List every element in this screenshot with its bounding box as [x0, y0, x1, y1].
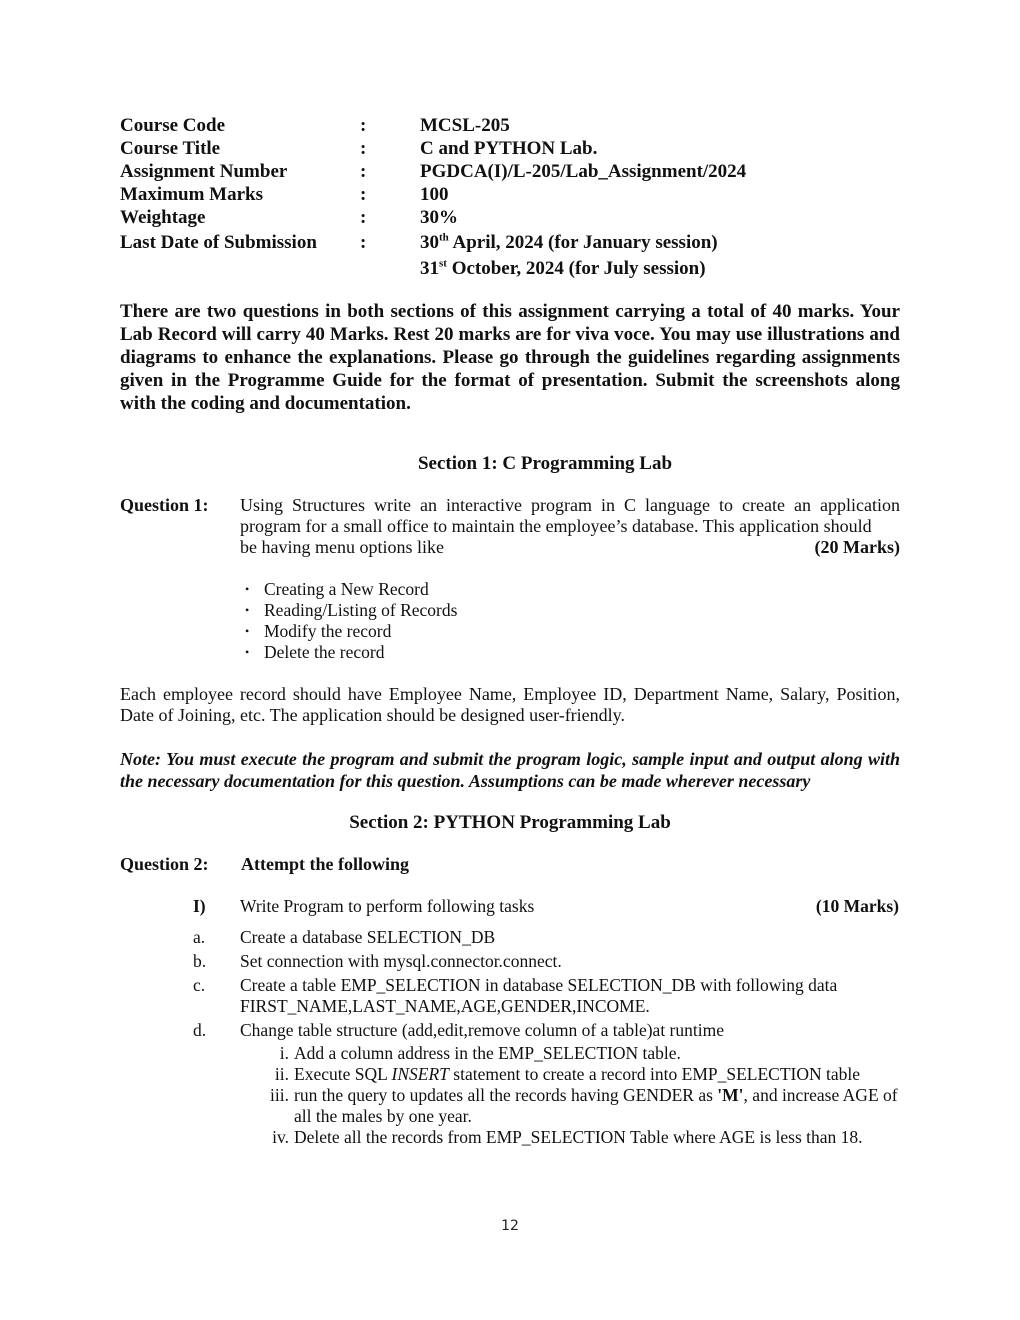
list-item: • Delete the record	[245, 642, 457, 663]
course-title-value: C and PYTHON Lab.	[420, 137, 597, 160]
substeps-list: i. Add a column address in the EMP_SELEC…	[250, 1043, 900, 1148]
step-letter: a.	[193, 927, 240, 948]
list-item: iii. run the query to updates all the re…	[250, 1085, 900, 1127]
question-1-marks: (20 Marks)	[815, 537, 900, 558]
question-2-label: Question 2:	[120, 854, 209, 875]
separator: :	[360, 229, 366, 257]
list-item: ii. Execute SQL INSERT statement to crea…	[250, 1064, 900, 1085]
assignment-number-label: Assignment Number	[120, 160, 287, 183]
bullet-icon: •	[245, 600, 264, 621]
course-code-label: Course Code	[120, 114, 225, 137]
step-letter: c.	[193, 975, 240, 1017]
list-item-text: Creating a New Record	[264, 579, 429, 600]
maximum-marks-value: 100	[420, 183, 449, 206]
instructions-paragraph: There are two questions in both sections…	[120, 300, 900, 415]
question-1-last-text: be having menu options like	[240, 537, 444, 558]
bullet-icon: •	[245, 579, 264, 600]
substep-text: Add a column address in the EMP_SELECTIO…	[292, 1043, 900, 1064]
maximum-marks-label: Maximum Marks	[120, 183, 263, 206]
employee-record-paragraph: Each employee record should have Employe…	[120, 684, 900, 726]
page-number: 12	[0, 1218, 1020, 1234]
list-item-text: Modify the record	[264, 621, 391, 642]
note-paragraph: Note: You must execute the program and s…	[120, 748, 900, 792]
separator: :	[360, 114, 366, 137]
last-date-july: 31st October, 2024 (for July session)	[420, 255, 706, 283]
course-code-value: MCSL-205	[420, 114, 510, 137]
task-text: Write Program to perform following tasks	[240, 896, 534, 917]
substep-number: ii.	[250, 1064, 292, 1085]
document-page: Course Code : MCSL-205 Course Title : C …	[0, 0, 1020, 1320]
list-item: • Creating a New Record	[245, 579, 457, 600]
separator: :	[360, 206, 366, 229]
question-1-label: Question 1:	[120, 495, 209, 516]
step-text: Set connection with mysql.connector.conn…	[240, 951, 893, 972]
list-item-text: Reading/Listing of Records	[264, 600, 457, 621]
list-item: d. Change table structure (add,edit,remo…	[193, 1020, 893, 1041]
question-1-text: Using Structures write an interactive pr…	[240, 495, 900, 558]
bullet-icon: •	[245, 621, 264, 642]
substep-text: Execute SQL INSERT statement to create a…	[292, 1064, 900, 1085]
step-letter: d.	[193, 1020, 240, 1041]
assignment-number-value: PGDCA(I)/L-205/Lab_Assignment/2024	[420, 160, 746, 183]
substep-text: run the query to updates all the records…	[292, 1085, 900, 1127]
list-item: • Reading/Listing of Records	[245, 600, 457, 621]
weightage-label: Weightage	[120, 206, 206, 229]
list-item: i. Add a column address in the EMP_SELEC…	[250, 1043, 900, 1064]
step-letter: b.	[193, 951, 240, 972]
section-2-title: Section 2: PYTHON Programming Lab	[0, 812, 1020, 834]
menu-options-list: • Creating a New Record • Reading/Listin…	[245, 579, 457, 663]
separator: :	[360, 183, 366, 206]
list-item: iv. Delete all the records from EMP_SELE…	[250, 1127, 900, 1148]
substep-number: iv.	[250, 1127, 292, 1148]
task-number: I)	[193, 896, 206, 917]
step-text: Create a database SELECTION_DB	[240, 927, 893, 948]
course-title-label: Course Title	[120, 137, 220, 160]
last-date-label: Last Date of Submission	[120, 229, 317, 257]
substep-text: Delete all the records from EMP_SELECTIO…	[292, 1127, 900, 1148]
question-2-title: Attempt the following	[241, 854, 409, 875]
list-item: c. Create a table EMP_SELECTION in datab…	[193, 975, 893, 1017]
step-text: Create a table EMP_SELECTION in database…	[240, 975, 893, 1017]
question-1-last-line: be having menu options like (20 Marks)	[240, 537, 900, 558]
task-marks: (10 Marks)	[816, 896, 899, 917]
list-item: b. Set connection with mysql.connector.c…	[193, 951, 893, 972]
substep-number: i.	[250, 1043, 292, 1064]
separator: :	[360, 160, 366, 183]
weightage-value: 30%	[420, 206, 458, 229]
separator: :	[360, 137, 366, 160]
list-item: a. Create a database SELECTION_DB	[193, 927, 893, 948]
step-text: Change table structure (add,edit,remove …	[240, 1020, 893, 1041]
list-item-text: Delete the record	[264, 642, 384, 663]
list-item: • Modify the record	[245, 621, 457, 642]
steps-list: a. Create a database SELECTION_DB b. Set…	[193, 927, 893, 1044]
last-date-january: 30th April, 2024 (for January session)	[420, 229, 718, 257]
substep-number: iii.	[250, 1085, 292, 1127]
bullet-icon: •	[245, 642, 264, 663]
section-1-title: Section 1: C Programming Lab	[0, 453, 1020, 475]
question-1-main-text: Using Structures write an interactive pr…	[240, 495, 900, 537]
